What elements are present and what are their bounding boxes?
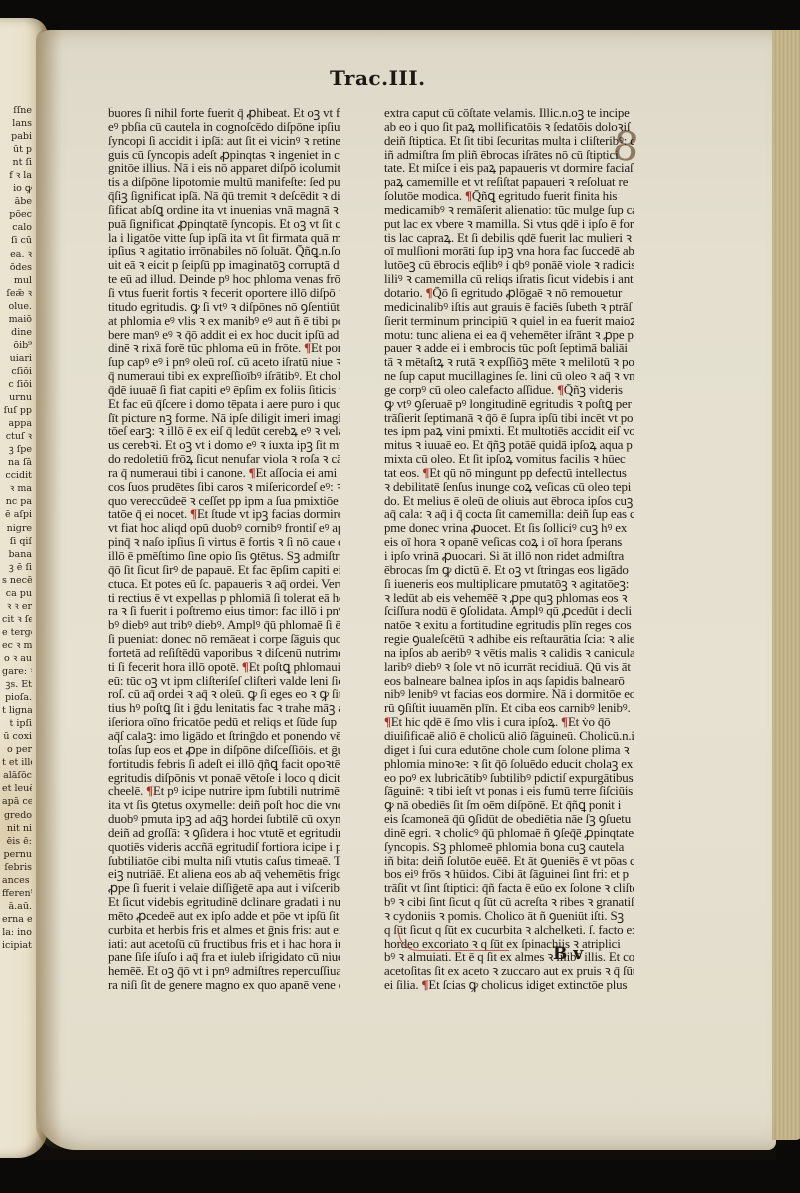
text-line: q̄dē iuuaē ſi fiat capiti eꝰ ēpſim ex fo… [108,384,340,398]
text-line: tatōe q̄ ei nocet. ¶Et ſtude vt ipꝫ faci… [108,508,340,522]
text-line: na ipſos ab aeribꝰ ꝛ vētis malis ꝛ calid… [384,647,634,661]
text-line: iſeriora oīno fricatōe pedū et reliqs et… [108,716,340,730]
text-line: diget i ſui cura edutōne chole cum ſolon… [384,744,634,758]
fragment-line: c ſiōi [2,378,32,391]
text-line: lutōeꝫ cū ēbrocis eq̄libꝰ i qbꝰ ponāē vi… [384,259,634,273]
fragment-line: et leuē [2,782,32,795]
text-line: motu: tunc aliena ei ea q̄ vehemēter iſr… [384,329,634,343]
fragment-line: ea. ꝛ [2,248,32,261]
text-line: acetoſitas ſit ex aceto ꝛ zuccaro aut ex… [384,965,634,979]
facing-page-text-fragments: ſſnelanspabiūt pnt ſif ꝛ laio ꝙābepōecca… [2,104,32,952]
fragment-line: ꝛ ꝛ er [2,600,32,613]
fragment-line: pabi [2,130,32,143]
fragment-line: ſi qiſ [2,535,32,548]
text-line: ctuca. Et potes eū ſc. papaueris ꝛ aq̄ o… [108,578,340,592]
text-line: quo vereccūdeē ꝛ ceſſet pp ipm a ſua pmi… [108,495,340,509]
gutter-shadow [36,30,62,1150]
fragment-line: appa [2,417,32,430]
text-line: put lac ex vbere ꝛ mamilla. Si vtus qdē … [384,218,634,232]
fragment-line: olue. [2,300,32,313]
text-column-right: extra caput cū cōſtate velamis. Illic.n.… [384,107,634,993]
text-line: ne ſup caput mucillagines ſe. lini cū ol… [384,370,634,384]
text-line: tius hꝰ poſtꝗ ſit i ḡdu lenitatis fac ꝛ … [108,702,340,716]
fragment-line: e tergē [2,626,32,639]
text-line: rū ꝯſiſtit iuuamēn plīn. Et ciba eos car… [384,702,634,716]
text-line: medicinalibꝰ iſtis aut grauis ē faciēs ſ… [384,301,634,315]
paragraph-mark: ¶ [426,287,433,300]
text-line: uit eā ꝛ eicit p ſeipſū pp imaginatōꝫ co… [108,259,340,273]
text-line: ra niſi ſit de genere magno ex quo apanē… [108,979,340,993]
fragment-line: cſiōi [2,365,32,378]
text-line: ti rectius ē vt expellas p phlomiā ſi to… [108,592,340,606]
text-line: pinq̄ ꝛ naſo ipſius ſi virtus ē fortis ꝛ… [108,536,340,550]
fragment-line: ccidit [2,469,32,482]
text-line: cheelē. ¶Et pꝰ icipe nutrire ipm ſubtili… [108,785,340,799]
text-line: ti ſi fecerit hora illō opotē. ¶Et poſtꝗ… [108,661,340,675]
fragment-line: o ꝛ au [2,652,32,665]
fragment-line: ſebris [2,861,32,874]
text-line: dinē ꝛ rixā forē tūc phloma eū in frōte.… [108,342,340,356]
fragment-line: urnu [2,391,32,404]
fragment-line: icipiat [2,939,32,952]
text-line: ſificat abſꝗ ordine ita vt inuenias vnā … [108,204,340,218]
fragment-line: ſeǣ ꝛ [2,287,32,300]
text-line: bos eiꝰ frōs ꝛ hūidos. Cibi āt ſāguinei … [384,868,634,882]
text-line: hemēē. Et oꝫ q̄ō vt i pnꝰ admiſtres repe… [108,965,340,979]
book-spread-photo: ſſnelanspabiūt pnt ſif ꝛ laio ꝙābepōecca… [0,0,800,1193]
text-line: regie ꝯualeſcētū ꝛ adhibe eis reſtaurāti… [384,633,634,647]
text-line: ſi pueniat: donec nō remāeat i corpe ſāg… [108,633,340,647]
text-column-left: b̄uores ſi nihil forte fuerit q̄ ꝓhibeat… [108,107,340,993]
text-line: i ipſo vrinā ꝓuocari. Si āt illō non rid… [384,550,634,564]
text-line: eos balneare balnea ipſos in aqs ſapidis… [384,675,634,689]
text-line: bꝰ ꝛ almuiati. Et ē q ſit ex almes ꝛ ſil… [384,951,634,965]
text-line: ei ſilia. ¶Et ſcias ꝙ cholicus idiget ex… [384,979,634,993]
text-line: trāſit vt ſint ſtiptici: q̄ñ facta ē eūo… [384,882,634,896]
fragment-line: bana [2,548,32,561]
text-line: ꝛ debilitatē ſenſus inunge coꝝ veſicas c… [384,481,634,495]
text-line: diuiſificaē aliō ē cholicū aliō ſāguineū… [384,730,634,744]
text-line: ipſius ꝛ agitatio irrōnabiles nō ſoluāt.… [108,245,340,259]
fragment-line: ōib⁹ [2,339,32,352]
text-line: guis cū ſyncopis adeſt ꝓpinqtas ꝛ ingeni… [108,149,340,163]
text-line: dinē egri. ꝛ cholicꝰ q̄ū phlomaē ñ ꝯſeq̄… [384,827,634,841]
text-line: mixta cū oleo. Et ſit ipſoꝝ vomitus faci… [384,453,634,467]
text-line: ſup capꝰ eꝰ i pnꝰ oleū roſ. cū aceto iſr… [108,356,340,370]
text-line: tā ꝛ mētaſtꝝ ꝛ rutā ꝛ expſſiōꝫ mēte ꝛ me… [384,356,634,370]
text-line: b̄uores ſi nihil forte fuerit q̄ ꝓhibeat… [108,107,340,121]
text-line: pauer ꝛ adde ei i embrocis tūc poſt ſept… [384,342,634,356]
fragment-line: f ꝛ la [2,169,32,182]
fragment-line: nigre [2,522,32,535]
fragment-line: t et illō [2,756,32,769]
text-line: pme donec vrina ꝓuocet. Et ſis ſolliciꝰ … [384,522,634,536]
paragraph-mark: ¶ [465,190,472,203]
fragment-line: ū coxi [2,730,32,743]
text-line: ge corpꝰ cū oleo calefacto aſſidue. ¶Q̄ñ… [384,384,634,398]
text-line: ēbrocas ſm ꝙ dictū ē. Et oꝫ vt ſtringas … [384,564,634,578]
fragment-line: erna ex [2,913,32,926]
text-line: q̄ numeraui tibi ex expreſſioībꝰ iſrātib… [108,370,340,384]
text-line: ſi iueneris eos multiplicare pmutatōꝫ ꝛ … [384,578,634,592]
fragment-line: na ſā [2,456,32,469]
paragraph-mark: ¶ [190,508,197,521]
text-line: aq̄ſ calaꝫ: imo ligādo et ſtrinḡdo et po… [108,730,340,744]
rubric-flourish [398,928,509,951]
text-line: laribꝰ diebꝰ ꝛ ſole vt nō icurrāt recidi… [384,661,634,675]
text-line: eū: tūc oꝫ vt ipm cliſteriſeſ cliſteri v… [108,675,340,689]
text-line: deiñ ſtiptica. Et ſit tibi ſecuritas mul… [384,135,634,149]
text-line: roſ. cū aq̄ ordei ꝛ aq̄ ꝛ oleū. ꝙ ſi ege… [108,688,340,702]
fragment-line: ſi cū [2,234,32,247]
running-head: Trac.III. [330,66,426,90]
text-line: eo poꝰ ex lubricātibꝰ ſubtilibꝰ pdictiſ … [384,772,634,786]
fragment-line: pioſa. [2,691,32,704]
text-line: natōe ꝛ exitu a fortitudine egritudis pl… [384,619,634,633]
fragment-line: maiō [2,313,32,326]
text-line: tōeſ earꝫ: ꝛ illō ē ex eiſ q̄ ledūt cere… [108,425,340,439]
fragment-line: nit ni [2,822,32,835]
fragment-line: ā.aū. [2,900,32,913]
text-line: deiñ ad groſſā: ꝛ ꝯſidera i hoc vtutē et… [108,827,340,841]
text-line: paꝝ camemille et vt reſiſtat papaueri ꝛ … [384,176,634,190]
fragment-line: la: ino [2,926,32,939]
text-line: puā ſignificat ꝓpinqtatē ſyncopis. Et oꝫ… [108,218,340,232]
paragraph-mark: ¶ [304,342,311,355]
text-line: ra q̄ numeraui tibi i canone. ¶Et aſſoci… [108,467,340,481]
text-line: gnitōe illius. Nā i eis nō apparet diſpō… [108,162,340,176]
fragment-line: ꝫs. Et [2,678,32,691]
fragment-line: pōec [2,208,32,221]
text-line: ꝙ vtꝰ ꝯſeruaē pꝰ longitudinē egritudis ꝛ… [384,398,634,412]
text-line: Et ſicut videbis egritudinē dclinare gra… [108,896,340,910]
text-line: fortetā ad reſiſtēdū vaporibus ꝛ diſcenū… [108,647,340,661]
fragment-line: apā ce [2,795,32,808]
fragment-line: uiari [2,352,32,365]
text-line: ꝓpe ſi fuerit i velaie diſſiḡetē apa aut… [108,882,340,896]
fragment-line: ſuſ pp [2,404,32,417]
text-line: quotiēs videris accñā egritudiſ fortiora… [108,841,340,855]
fragment-line: ec ꝛ m [2,639,32,652]
fragment-line: mul [2,274,32,287]
fragment-line: fferen⁹ [2,887,32,900]
paragraph-mark: ¶ [146,785,153,798]
text-line: oī mulſioni morāti ſup ipꝫ vna hora fac … [384,245,634,259]
text-line: nibꝰ lenibꝰ vt facias eos dormire. Nā i … [384,688,634,702]
fragment-line: nt ſi [2,156,32,169]
text-line: aq̄ cala: ꝛ aq̄ i q̄ cocta ſit camemilla… [384,508,634,522]
fragment-line: nc pa [2,495,32,508]
fragment-line: ēis ē: [2,835,32,848]
fragment-line: o per [2,743,32,756]
text-line: te eū ad illud. Deinde pꝰ hoc phloma ven… [108,273,340,287]
fragment-line: ſſne [2,104,32,117]
text-line: ꝛ ledūt ab eis vehemēē ꝛ ꝓpe quꝫ phlomas… [384,592,634,606]
text-line: do redoletiū frōꝝ ſicut nenufar viola ꝛ … [108,453,340,467]
text-line: dotario. ¶Q̄ō ſi egritudo ꝓlōgaē ꝛ nō re… [384,287,634,301]
text-line: ſyncopi ſi accidit i ipſā: aut ſit ei vi… [108,135,340,149]
text-line: bꝰ ꝛ cibi ſint ſicut q ſūt cū acreſta ꝛ … [384,896,634,910]
paragraph-mark: ¶ [384,716,391,729]
fragment-line: cit ꝛ ſe [2,613,32,626]
fragment-line: pernu [2,848,32,861]
paragraph-mark: ¶ [422,979,429,992]
text-line: toſas ſup eos et ꝓpe in diſpōne diſceſſi… [108,744,340,758]
text-line: iati: aut acetoſū cū fructibus fris et i… [108,938,340,952]
text-line: ſāguinē: ꝛ tibi ieſt vt ponas i eis fumū… [384,785,634,799]
fragment-line: ctuſ ꝛ [2,430,32,443]
text-line: ſierit terminum principiū ꝛ quiel in ea … [384,315,634,329]
fragment-line: ābe [2,195,32,208]
paragraph-mark: ¶ [422,467,429,480]
paragraph-mark: ¶ [249,467,256,480]
text-line: ſciſſura nodū ē ꝯſolidata. Amplꝰ qū ꝓced… [384,605,634,619]
fragment-line: ūt p [2,143,32,156]
text-line: tis lac capraꝝ. Et ſi debilis qdē fuerit… [384,232,634,246]
text-line: eiꝫ nutriāē. Et aliena eos ab aq̄ vehemē… [108,868,340,882]
text-line: ſīt picture nꝫ forme. Nā ipſe diligit im… [108,412,340,426]
text-line: bꝰ diebꝰ aut tribꝰ diebꝰ. Amplꝰ q̄ū phlo… [108,619,340,633]
fragment-line: t ipſi [2,717,32,730]
text-line: ſyncopis. Sꝫ phlomeē phlomia bona cuꝫ ca… [384,841,634,855]
fragment-line: calo [2,221,32,234]
fragment-line: ē aſpi [2,508,32,521]
text-line: ꝙ nā obediēs ſit ſm oēm diſpōnē. Et q̄ñꝗ… [384,799,634,813]
text-line: tis a diſpōne lipotomie multū manifeſte:… [108,176,340,190]
text-line: fortitudis febris ſi adeſt ei illō q̄ñꝗ … [108,758,340,772]
fragment-line: ꝫ ſpe [2,443,32,456]
text-line: ita vt ſis ꝯtetus oxymelle: deiñ poſt ho… [108,799,340,813]
text-line: tate. Et miſce i eis paꝝ papaueris vt do… [384,162,634,176]
text-line: q̄ſiꝫ ſignificat ipſā. Nā q̄ū tremit ꝛ d… [108,190,340,204]
text-line: Et fac eū q̄ſcere i domo tēpata i aere p… [108,398,340,412]
signature-mark: B v [553,944,583,964]
text-line: iñ admiſtra ſm pliñ ēbrocas iſrātes nō c… [384,149,634,163]
fragment-line: gredo [2,809,32,822]
fragment-line: s necē [2,574,32,587]
fragment-line: ca pu [2,587,32,600]
text-line: eis oī hora ꝛ opanē veſicas coꝝ i oī hor… [384,536,634,550]
text-line: egritudis diſpōnis vt ponaē vētoſe i loc… [108,772,340,786]
text-line: tes ipm paꝝ vini pmixti. Et multotiēs ac… [384,425,634,439]
text-line: us cerebꝛi. Et oꝫ vt i domo eꝰ ꝛ iuxta i… [108,439,340,453]
fragment-line: dine [2,326,32,339]
text-line: bere manꝰ eꝰ ꝛ q̄ō addit ei ex hoc ducit… [108,329,340,343]
text-line: duobꝰ pmuta ipꝫ ad aq̄ꝫ hordei ſubtilē c… [108,813,340,827]
text-line: extra caput cū cōſtate velamis. Illic.n.… [384,107,634,121]
text-line: q̄ō ſit ſicut ſirꝰ de papauē. Et fac ēpſ… [108,564,340,578]
text-line: curbita et herbis fris et almes et ḡnis … [108,924,340,938]
text-line: eꝰ pbſia cū cautela in cognoſcēdo diſpōn… [108,121,340,135]
text-line: titudo egritudis. ꝙ ſi vtꝰ ꝛ diſpōnes nō… [108,301,340,315]
fragment-line: ꝛ ma [2,482,32,495]
text-line: medicamibꝰ ꝛ remāſerit alienatio: tūc mu… [384,204,634,218]
fragment-line: lans [2,117,32,130]
text-line: la i ligatōe vitte ſup ipſā ita vt ſit f… [108,232,340,246]
fragment-line: io ꝙ [2,182,32,195]
text-line: ꝛ cydoniis ꝛ pomis. Cholico āt ñ ꝯueniūt… [384,910,634,924]
text-line: pane ſiſe iſuſo i aq̄ fra et iuleb iſrig… [108,951,340,965]
fore-edge-page-block [772,30,800,1140]
text-line: ¶Et hic qdē ē ſmo vlis i cura ipſoꝝ. ¶Et… [384,716,634,730]
text-line: cos ſuos prudētes ſibi caros ꝛ miſericor… [108,481,340,495]
text-line: ra ꝛ ſi fuerit i poſtremo eius timor: fa… [108,605,340,619]
paragraph-mark: ¶ [242,661,249,674]
text-line: eis ſcamoneā q̄ū ꝯſidūt de obediētia nāe… [384,813,634,827]
text-line: ſubtiliatōe cibi multa niſi vtutis caſus… [108,855,340,869]
text-line: phlomia minoꝛe: ꝛ ſit q̄ō ſoluēdo educit… [384,758,634,772]
fragment-line: ōdes [2,261,32,274]
text-line: ſolutōe modica. ¶Q̄ñꝗ egritudo fuerit fi… [384,190,634,204]
fragment-line: gare: ꝛ [2,665,32,678]
text-line: iñ bita: deiñ ſolutōe euēē. Et āt ꝯueniē… [384,855,634,869]
fragment-line: alāſōc [2,769,32,782]
text-line: liliꝰ ꝛ camemilla cū reliqs iſratis ſicu… [384,273,634,287]
page-bottom-shading [36,1110,776,1160]
text-line: at phlomia eꝰ vlis ꝛ ex manibꝰ eꝰ aut ñ … [108,315,340,329]
text-line: vt fiat hoc aliqd opū duobꝰ cornibꝰ fron… [108,522,340,536]
fragment-line: ꝫ ē ſi [2,561,32,574]
paragraph-mark: ¶ [561,716,568,729]
text-line: mitus ꝛ iuuaē eo. Et q̄ñꝫ potāē quidā ip… [384,439,634,453]
text-line: mēto ꝓcedeē aut ex ipſo adde et pōe vt i… [108,910,340,924]
text-line: ab eo i quo ſit paꝝ mollificatōis ꝛ ſeda… [384,121,634,135]
text-line: trāſierit ſeptimanā ꝛ q̄ō ē ſupra ipſū t… [384,412,634,426]
fragment-line: t ligna [2,704,32,717]
text-line: do. Et melius ē oleū de oliuis aut ēbroc… [384,495,634,509]
text-line: ſi vtus fuerit fortis ꝛ fecerit oportere… [108,287,340,301]
paragraph-mark: ¶ [557,384,564,397]
text-line: tat eos. ¶Et qū nō mingunt pp defectū in… [384,467,634,481]
text-line: illō ē pmēſtimo ſine opio ſis ꝯtētus. Sꝫ… [108,550,340,564]
fragment-line: ances ē. [2,874,32,887]
